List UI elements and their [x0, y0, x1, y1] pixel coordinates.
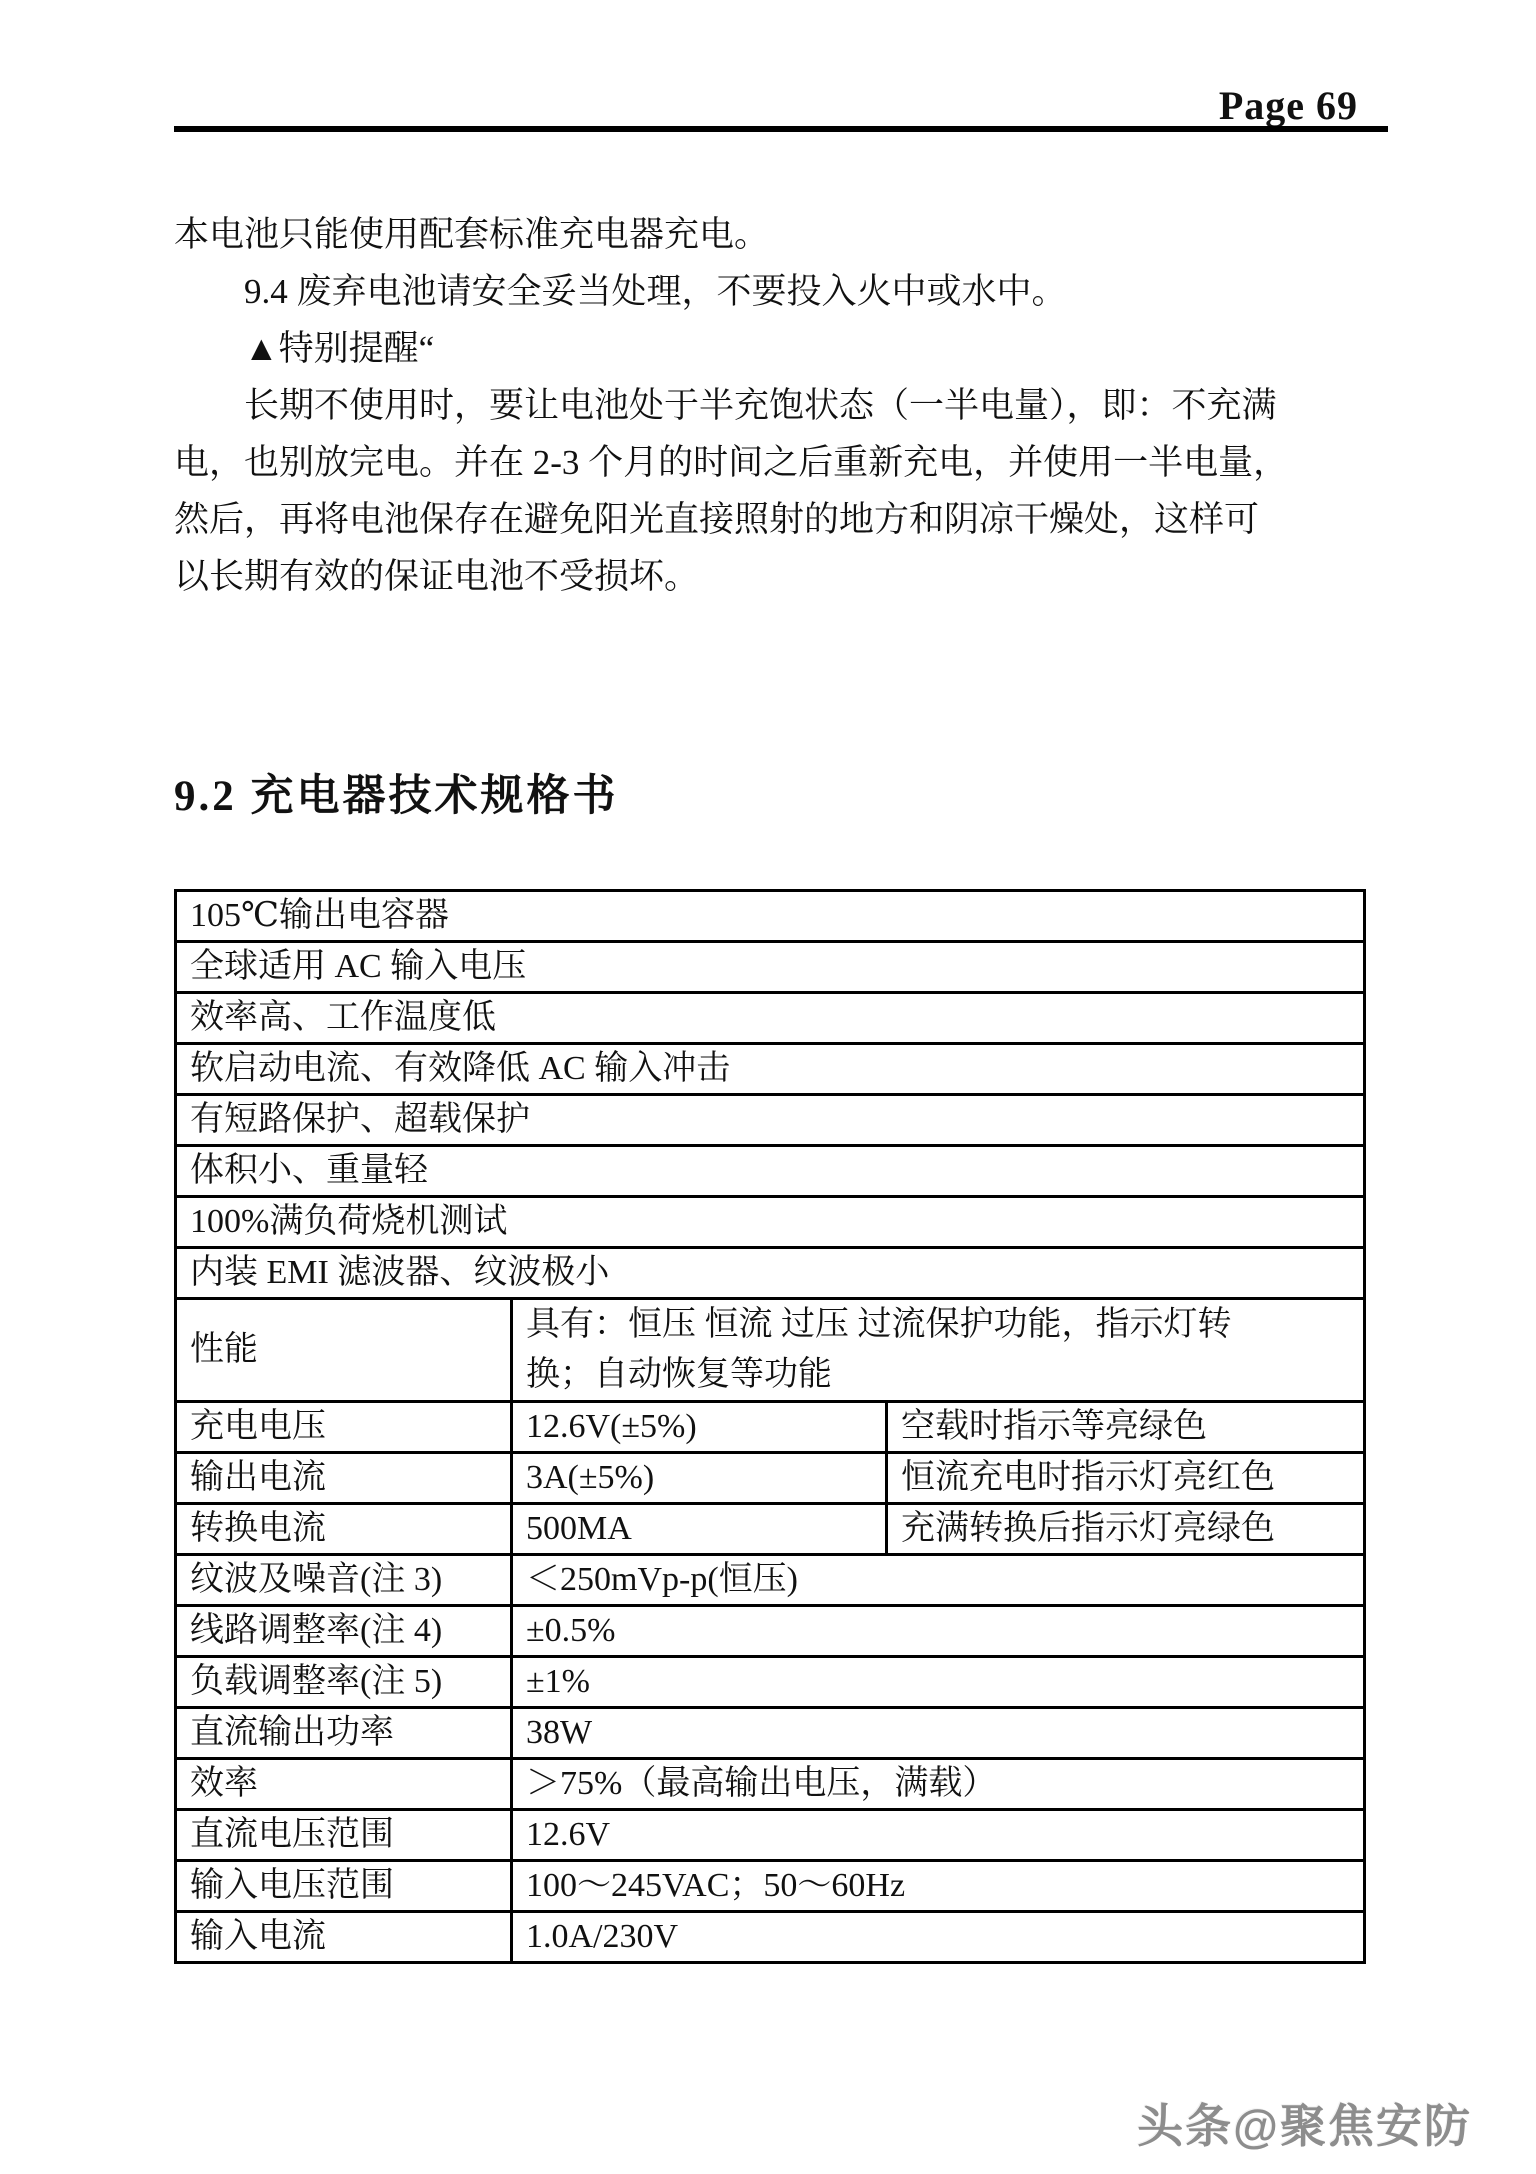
spec-table: 105℃输出电容器全球适用 AC 输入电压效率高、工作温度低软启动电流、有效降低… [174, 889, 1366, 1964]
spec-row: 转换电流500MA充满转换后指示灯亮绿色 [176, 1504, 1365, 1555]
spec-cell: ＜250mVp-p(恒压) [512, 1555, 1365, 1606]
spec-cell: 充满转换后指示灯亮绿色 [887, 1504, 1365, 1555]
header-rule [174, 126, 1388, 132]
spec-cell: 3A(±5%) [512, 1453, 887, 1504]
spec-cell: 100～245VAC；50～60Hz [512, 1861, 1365, 1912]
spec-cell: 100%满负荷烧机测试 [176, 1197, 1365, 1248]
spec-cell: 500MA [512, 1504, 887, 1555]
watermark: 头条@聚焦安防 [1137, 2090, 1472, 2156]
body-line: 长期不使用时，要让电池处于半充饱状态（一半电量），即：不充满 [174, 377, 1390, 434]
body-line: ▲特别提醒“ [174, 320, 1390, 377]
spec-cell: 1.0A/230V [512, 1912, 1365, 1963]
spec-cell: 38W [512, 1708, 1365, 1759]
spec-row: 有短路保护、超载保护 [176, 1095, 1365, 1146]
spec-cell: 纹波及噪音(注 3) [176, 1555, 512, 1606]
spec-cell: 直流输出功率 [176, 1708, 512, 1759]
spec-cell: 输入电压范围 [176, 1861, 512, 1912]
body-line: 电，也别放完电。并在 2-3 个月的时间之后重新充电，并使用一半电量， [174, 434, 1390, 491]
document-page: Page 69 本电池只能使用配套标准充电器充电。9.4 废弃电池请安全妥当处理… [0, 0, 1536, 2174]
spec-row: 全球适用 AC 输入电压 [176, 942, 1365, 993]
spec-cell: 充电电压 [176, 1402, 512, 1453]
body-line: 9.4 废弃电池请安全妥当处理，不要投入火中或水中。 [174, 263, 1390, 320]
spec-row: 内装 EMI 滤波器、纹波极小 [176, 1248, 1365, 1299]
spec-row: 纹波及噪音(注 3)＜250mVp-p(恒压) [176, 1555, 1365, 1606]
spec-row: 效率高、工作温度低 [176, 993, 1365, 1044]
spec-cell: ±1% [512, 1657, 1365, 1708]
spec-row: 充电电压12.6V(±5%)空载时指示等亮绿色 [176, 1402, 1365, 1453]
spec-row: 输出电流3A(±5%)恒流充电时指示灯亮红色 [176, 1453, 1365, 1504]
spec-cell: 效率高、工作温度低 [176, 993, 1365, 1044]
spec-cell: ±0.5% [512, 1606, 1365, 1657]
spec-cell: 直流电压范围 [176, 1810, 512, 1861]
spec-cell: 12.6V(±5%) [512, 1402, 887, 1453]
spec-cell: 转换电流 [176, 1504, 512, 1555]
spec-row: 100%满负荷烧机测试 [176, 1197, 1365, 1248]
spec-cell: 内装 EMI 滤波器、纹波极小 [176, 1248, 1365, 1299]
body-paragraphs: 本电池只能使用配套标准充电器充电。9.4 废弃电池请安全妥当处理，不要投入火中或… [174, 206, 1390, 605]
spec-cell: 输入电流 [176, 1912, 512, 1963]
page-header: Page 69 [1219, 82, 1358, 129]
spec-cell: 负载调整率(注 5) [176, 1657, 512, 1708]
spec-cell: 全球适用 AC 输入电压 [176, 942, 1365, 993]
body-line: 然后，再将电池保存在避免阳光直接照射的地方和阴凉干燥处，这样可 [174, 491, 1390, 548]
spec-row: 负载调整率(注 5)±1% [176, 1657, 1365, 1708]
spec-row: 105℃输出电容器 [176, 891, 1365, 942]
spec-row: 效率＞75%（最高输出电压，满载） [176, 1759, 1365, 1810]
spec-row: 直流电压范围12.6V [176, 1810, 1365, 1861]
spec-cell: 12.6V [512, 1810, 1365, 1861]
spec-cell: 恒流充电时指示灯亮红色 [887, 1453, 1365, 1504]
spec-row: 直流输出功率38W [176, 1708, 1365, 1759]
spec-cell: 105℃输出电容器 [176, 891, 1365, 942]
spec-row: 输入电压范围100～245VAC；50～60Hz [176, 1861, 1365, 1912]
spec-cell: 空载时指示等亮绿色 [887, 1402, 1365, 1453]
spec-row: 软启动电流、有效降低 AC 输入冲击 [176, 1044, 1365, 1095]
section-heading: 9.2 充电器技术规格书 [174, 762, 619, 823]
spec-row: 输入电流1.0A/230V [176, 1912, 1365, 1963]
spec-cell: 具有：恒压 恒流 过压 过流保护功能，指示灯转 换；自动恢复等功能 [512, 1299, 1365, 1402]
body-line: 以长期有效的保证电池不受损坏。 [174, 548, 1390, 605]
spec-cell: 有短路保护、超载保护 [176, 1095, 1365, 1146]
page-number-label: Page 69 [1219, 83, 1358, 128]
spec-cell: 体积小、重量轻 [176, 1146, 1365, 1197]
spec-row: 线路调整率(注 4)±0.5% [176, 1606, 1365, 1657]
spec-cell: 软启动电流、有效降低 AC 输入冲击 [176, 1044, 1365, 1095]
spec-cell: 效率 [176, 1759, 512, 1810]
spec-cell: 输出电流 [176, 1453, 512, 1504]
spec-cell: ＞75%（最高输出电压，满载） [512, 1759, 1365, 1810]
spec-row: 性能具有：恒压 恒流 过压 过流保护功能，指示灯转 换；自动恢复等功能 [176, 1299, 1365, 1402]
body-line: 本电池只能使用配套标准充电器充电。 [174, 206, 1390, 263]
spec-cell: 性能 [176, 1299, 512, 1402]
spec-row: 体积小、重量轻 [176, 1146, 1365, 1197]
spec-cell: 线路调整率(注 4) [176, 1606, 512, 1657]
